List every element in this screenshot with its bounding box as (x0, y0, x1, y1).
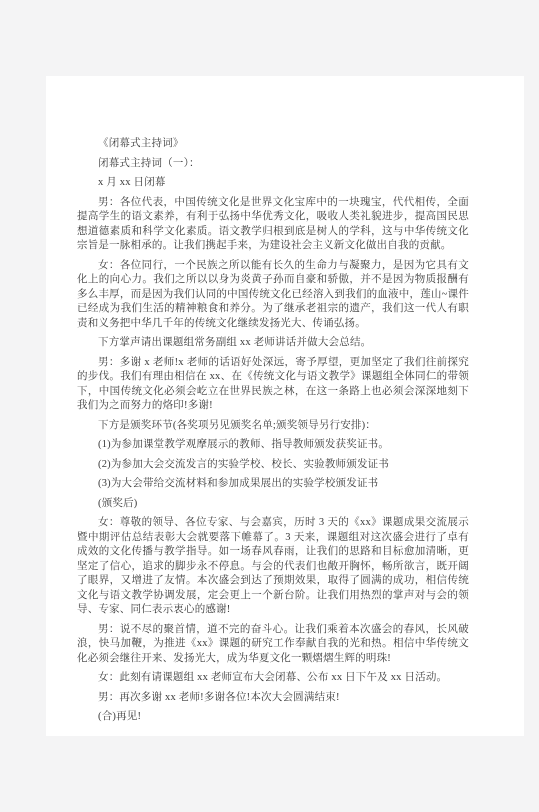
paragraph: 女：各位同行，一个民族之所以能有长久的生命力与凝聚力，是因为它具有文化上的向心力… (77, 259, 469, 332)
document-date-line: x 月 xx 日闭幕 (77, 176, 469, 191)
paragraph: (2)为参加大会交流发言的实验学校、校长、实验教师颁发证书 (77, 458, 469, 473)
document-title: 《闭幕式主持词》 (77, 137, 469, 152)
paragraph: (3)为大会带给交流材料和参加成果展出的实验学校颁发证书 (77, 477, 469, 492)
document-subtitle: 闭幕式主持词（一）： (77, 157, 469, 172)
paragraph: 女：此刻有请课题组 xx 老师宣布大会闭幕、公布 xx 日下午及 xx 日活动。 (77, 671, 469, 686)
paragraph: (合)再见! (77, 710, 469, 725)
paragraph: (颁奖后) (77, 497, 469, 512)
paragraph: 男：各位代表，中国传统文化是世界文化宝库中的一块瑰宝，代代相传，全面提高学生的语… (77, 196, 469, 254)
paragraph: 下方掌声请出课题组常务副组 xx 老师讲话并做大会总结。 (77, 336, 469, 351)
paragraph: 男：多谢 x 老师!x 老师的话语好处深远，寄予厚望，更加坚定了我们往前探究的步… (77, 356, 469, 414)
paragraph: 男：说不尽的聚首情，道不完的奋斗心。让我们乘着本次盛会的春风，长风破浪，快马加鞭… (77, 623, 469, 667)
paragraph: 下方是颁奖环节(各奖项另见颁奖名单;颁奖领导另行安排)： (77, 419, 469, 434)
paragraph: 女：尊敬的领导、各位专家、与会嘉宾，历时 3 天的《xx》课题成果交流展示暨中期… (77, 516, 469, 618)
paragraph: 男：再次多谢 xx 老师!多谢各位!本次大会圆满结束! (77, 691, 469, 706)
document-page: 《闭幕式主持词》 闭幕式主持词（一）： x 月 xx 日闭幕 男：各位代表，中国… (46, 76, 524, 736)
paragraph: (1)为参加课堂教学观摩展示的教师、指导教师颁发获奖证书。 (77, 438, 469, 453)
document-body: 男：各位代表，中国传统文化是世界文化宝库中的一块瑰宝，代代相传，全面提高学生的语… (77, 196, 469, 725)
